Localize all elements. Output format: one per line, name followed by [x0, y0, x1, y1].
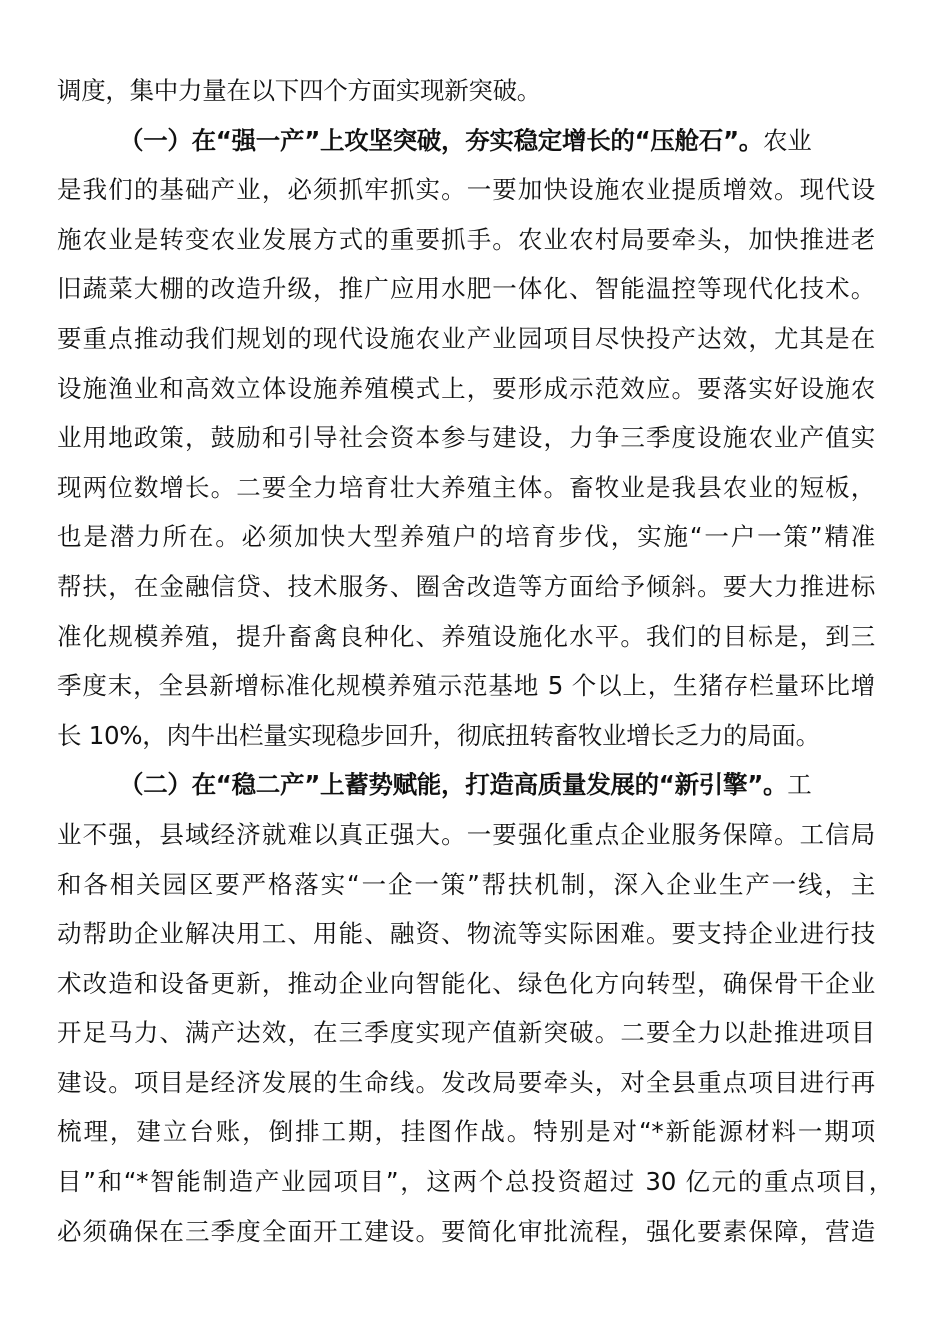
body-line: 要重点推动我们规划的现代设施农业产业园项目尽快投产达效，尤其是在	[57, 314, 895, 364]
body-line: 建设。项目是经济发展的生命线。发改局要牵头，对全县重点项目进行再	[57, 1058, 895, 1108]
body-line: 准化规模养殖，提升畜禽良种化、养殖设施化水平。我们的目标是，到三	[57, 612, 895, 662]
body-line: 季度末，全县新增标准化规模养殖示范基地 5 个以上，生猪存栏量环比增	[57, 661, 895, 711]
body-line: 业不强，县域经济就难以真正强大。一要强化重点企业服务保障。工信局	[57, 810, 895, 860]
paragraph-text: 建设。项目是经济发展的生命线。发改局要牵头，对全县重点项目进行再	[57, 1058, 875, 1108]
body-line: 业用地政策，鼓励和引导社会资本参与建设，力争三季度设施农业产值实	[57, 413, 895, 463]
paragraph-text: 术改造和设备更新，推动企业向智能化、绿色化方向转型，确保骨干企业	[57, 959, 875, 1009]
paragraph-text: 开足马力、满产达效，在三季度实现产值新突破。二要全力以赴推进项目	[57, 1008, 875, 1058]
document-page: 调度，集中力量在以下四个方面实现新突破。 （一）在“强一产”上攻坚突破，夯实稳定…	[57, 66, 895, 1256]
paragraph-text: 业不强，县域经济就难以真正强大。一要强化重点企业服务保障。工信局	[57, 810, 875, 860]
paragraph-text: 必须确保在三季度全面开工建设。要简化审批流程，强化要素保障，营造	[57, 1207, 875, 1257]
paragraph-text: 准化规模养殖，提升畜禽良种化、养殖设施化水平。我们的目标是，到三	[57, 612, 875, 662]
paragraph-text: 业用地政策，鼓励和引导社会资本参与建设，力争三季度设施农业产值实	[57, 413, 875, 463]
paragraph-text: 现两位数增长。二要全力培育壮大养殖主体。畜牧业是我县农业的短板，	[57, 463, 875, 513]
body-line: 是我们的基础产业，必须抓牢抓实。一要加快设施农业提质增效。现代设	[57, 165, 895, 215]
body-line: 动帮助企业解决用工、用能、融资、物流等实际困难。要支持企业进行技	[57, 909, 895, 959]
paragraph-text: 是我们的基础产业，必须抓牢抓实。一要加快设施农业提质增效。现代设	[57, 165, 875, 215]
section-heading-2: （二）在“稳二产”上蓄势赋能，打造高质量发展的“新引擎”。	[119, 770, 787, 799]
paragraph-text: 目”和“*智能制造产业园项目”，这两个总投资超过 30 亿元的重点项目，	[57, 1157, 893, 1207]
paragraph-text: 调度，集中力量在以下四个方面实现新突破。	[57, 66, 875, 116]
body-line: 术改造和设备更新，推动企业向智能化、绿色化方向转型，确保骨干企业	[57, 959, 895, 1009]
section-heading-line-2: （二）在“稳二产”上蓄势赋能，打造高质量发展的“新引擎”。工	[57, 760, 895, 810]
body-line: 必须确保在三季度全面开工建设。要简化审批流程，强化要素保障，营造	[57, 1207, 895, 1257]
body-line: 长 10%，肉牛出栏量实现稳步回升，彻底扭转畜牧业增长乏力的局面。	[57, 711, 895, 761]
body-line: 和各相关园区要严格落实“一企一策”帮扶机制，深入企业生产一线，主	[57, 860, 895, 910]
paragraph-text: 帮扶，在金融信贷、技术服务、圈舍改造等方面给予倾斜。要大力推进标	[57, 562, 875, 612]
section-heading-line-1: （一）在“强一产”上攻坚突破，夯实稳定增长的“压舱石”。农业	[57, 116, 895, 166]
body-line: 施农业是转变农业发展方式的重要抓手。农业农村局要牵头，加快推进老	[57, 215, 895, 265]
body-line: 调度，集中力量在以下四个方面实现新突破。	[57, 66, 895, 116]
body-line: 帮扶，在金融信贷、技术服务、圈舍改造等方面给予倾斜。要大力推进标	[57, 562, 895, 612]
body-line: 设施渔业和高效立体设施养殖模式上，要形成示范效应。要落实好设施农	[57, 364, 895, 414]
paragraph-text: 动帮助企业解决用工、用能、融资、物流等实际困难。要支持企业进行技	[57, 909, 875, 959]
paragraph-text: 和各相关园区要严格落实“一企一策”帮扶机制，深入企业生产一线，主	[57, 860, 875, 910]
paragraph-text: 施农业是转变农业发展方式的重要抓手。农业农村局要牵头，加快推进老	[57, 215, 875, 265]
paragraph-text: 设施渔业和高效立体设施养殖模式上，要形成示范效应。要落实好设施农	[57, 364, 875, 414]
paragraph-text: 季度末，全县新增标准化规模养殖示范基地 5 个以上，生猪存栏量环比增	[57, 661, 875, 711]
body-line: 现两位数增长。二要全力培育壮大养殖主体。畜牧业是我县农业的短板，	[57, 463, 895, 513]
heading-tail-text: 工	[787, 770, 811, 799]
body-line: 目”和“*智能制造产业园项目”，这两个总投资超过 30 亿元的重点项目，	[57, 1157, 895, 1207]
paragraph-text: 要重点推动我们规划的现代设施农业产业园项目尽快投产达效，尤其是在	[57, 314, 875, 364]
paragraph-text: 梳理，建立台账，倒排工期，挂图作战。特别是对“*新能源材料一期项	[57, 1107, 875, 1157]
body-line: 也是潜力所在。必须加快大型养殖户的培育步伐，实施“一户一策”精准	[57, 512, 895, 562]
paragraph-text: 长 10%，肉牛出栏量实现稳步回升，彻底扭转畜牧业增长乏力的局面。	[57, 711, 875, 761]
paragraph-text: 也是潜力所在。必须加快大型养殖户的培育步伐，实施“一户一策”精准	[57, 512, 875, 562]
body-line: 梳理，建立台账，倒排工期，挂图作战。特别是对“*新能源材料一期项	[57, 1107, 895, 1157]
paragraph-text: 旧蔬菜大棚的改造升级，推广应用水肥一体化、智能温控等现代化技术。	[57, 264, 875, 314]
body-line: 旧蔬菜大棚的改造升级，推广应用水肥一体化、智能温控等现代化技术。	[57, 264, 895, 314]
heading-tail-text: 农业	[763, 126, 811, 155]
section-heading-1: （一）在“强一产”上攻坚突破，夯实稳定增长的“压舱石”。	[119, 126, 763, 155]
body-line: 开足马力、满产达效，在三季度实现产值新突破。二要全力以赴推进项目	[57, 1008, 895, 1058]
